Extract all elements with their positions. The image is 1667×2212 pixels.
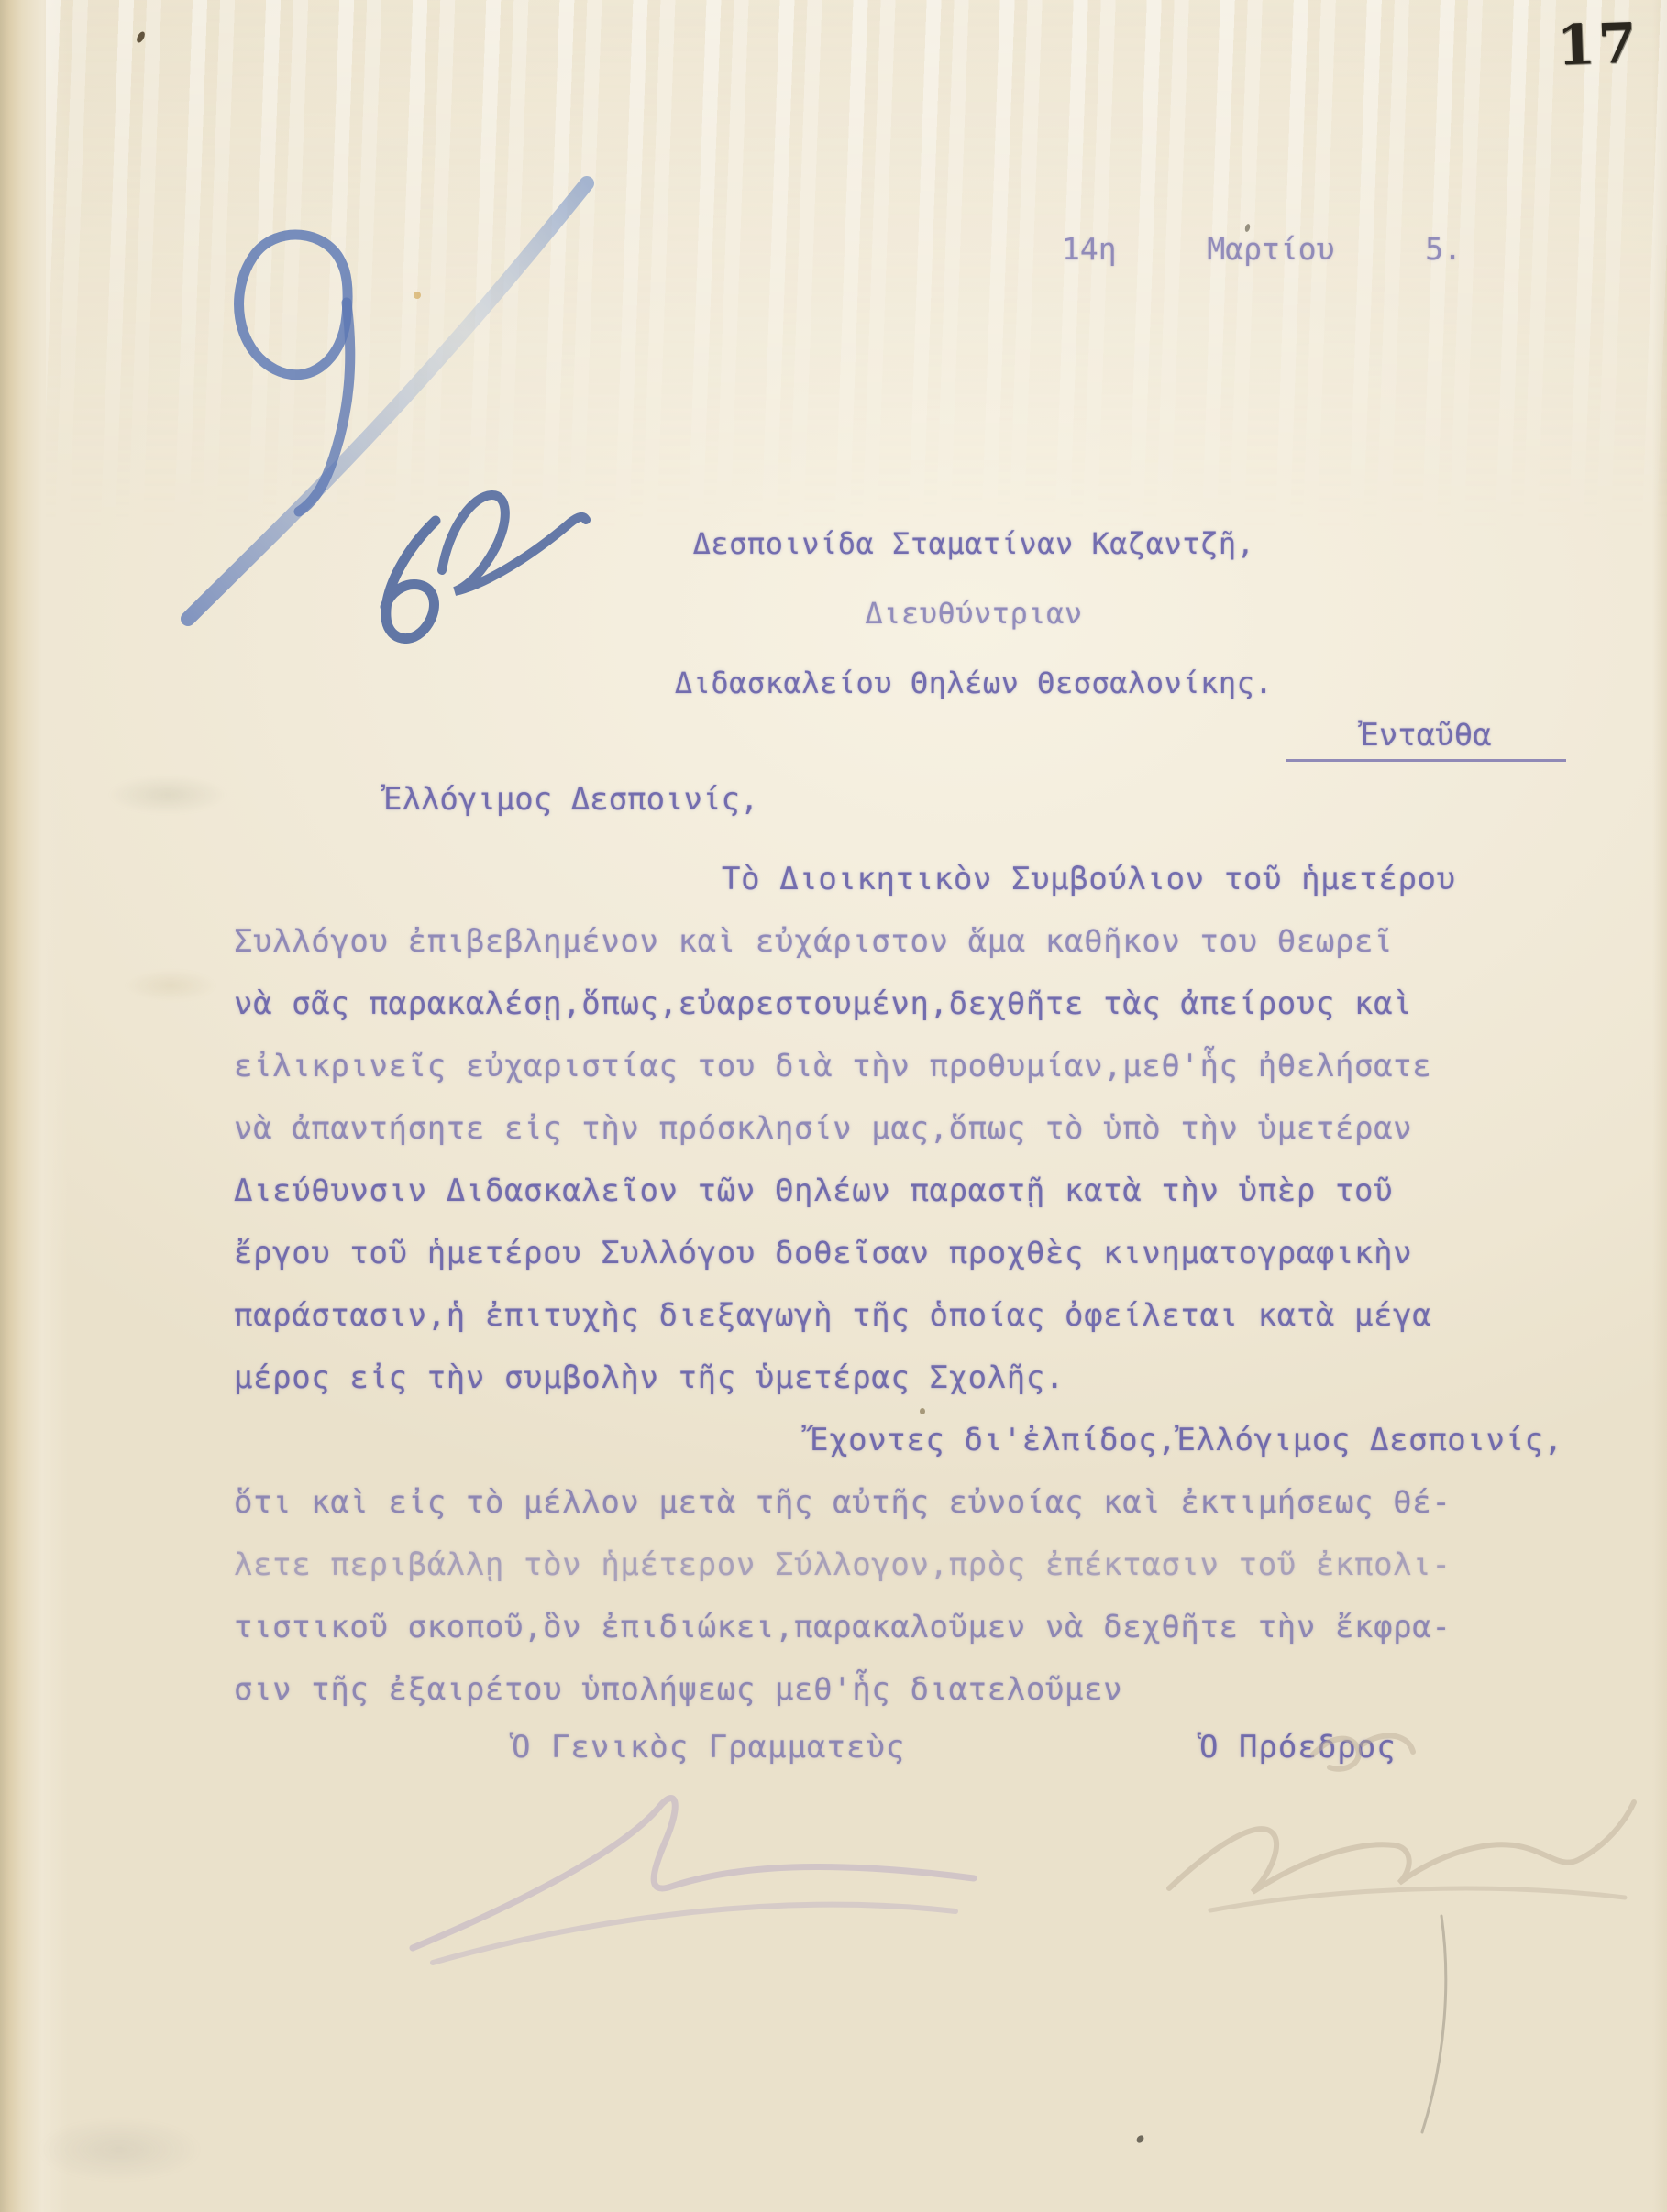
pencil-digit-2 (442, 495, 586, 591)
handwritten-ref-9-62 (119, 119, 633, 651)
paper-smudge (37, 2118, 202, 2182)
pencil-digit-6-stroke (385, 521, 436, 639)
signature-stroke (1169, 1802, 1634, 1892)
pencil-digit-9-loop (239, 235, 348, 375)
body-line: νὰ σᾶς παρακαλέσῃ,ὅπως,εὐαρεστουμένη,δεχ… (234, 973, 1518, 1035)
signature-scrawl-left (385, 1765, 1009, 1975)
body-line: εἰλικρινεῖς εὐχαριστίας του διὰ τὴν προθ… (234, 1035, 1518, 1097)
date-day: 14η (1062, 231, 1117, 267)
signature-stroke (433, 1905, 955, 1963)
body-line: λετε περιβάλλῃ τὸν ἡμέτερον Σύλλογον,πρὸ… (234, 1534, 1518, 1596)
place-line: Ἐνταῦθα (1286, 717, 1566, 762)
paper-smudge (125, 970, 216, 1001)
page-number-stamp: 17 (1556, 11, 1640, 78)
body-line: παράστασιν,ἡ ἐπιτυχὴς διεξαγωγὴ τῆς ὁποί… (234, 1284, 1518, 1347)
recipient-institution: Διδασκαλείου Θηλέων Θεσσαλονίκης. (642, 666, 1306, 700)
signature-stroke (1313, 1735, 1413, 1768)
body-line: Διεύθυνσιν Διδασκαλεῖον τῶν Θηλέων παρασ… (234, 1160, 1518, 1222)
scanned-letter-page: 17 14η Μαρτίου 5. Δεσποινίδα Σταματίναν … (0, 0, 1667, 2212)
body-line: ἔργου τοῦ ἡμετέρου Συλλόγου δοθεῖσαν προ… (234, 1222, 1518, 1284)
body-line: νὰ ἀπαντήσητε εἰς τὴν πρόσκλησίν μας,ὅπω… (234, 1097, 1518, 1160)
pencil-scratch (1422, 1916, 1446, 2132)
signature-stroke (413, 1799, 974, 1948)
recipient-name: Δεσποινίδα Σταματίναν Καζαντζῆ, (642, 526, 1306, 561)
body-line: Ἔχοντες δι'ἐλπίδος,Ἐλλόγιμος Δεσποινίς, (234, 1409, 1518, 1471)
body-line: ὅτι καὶ εἰς τὸ μέλλον μετὰ τῆς αὐτῆς εὐν… (234, 1471, 1518, 1534)
signature-stroke (1210, 1888, 1625, 1910)
recipient-title: Διευθύντριαν (642, 596, 1306, 631)
paper-smudge (108, 776, 227, 814)
date-line: 14η Μαρτίου 5. (1062, 231, 1462, 267)
body-line: Συλλόγου ἐπιβεβλημένον καὶ εὐχάριστον ἅμ… (234, 910, 1518, 973)
body-line: τιστικοῦ σκοποῦ,ὃν ἐπιδιώκει,παρακαλοῦμε… (234, 1596, 1518, 1658)
body-line: μέρος εἰς τὴν συμβολὴν τῆς ὑμετέρας Σχολ… (234, 1347, 1518, 1409)
date-month: Μαρτίου (1207, 231, 1334, 267)
salutation: Ἐλλόγιμος Δεσποινίς, (383, 781, 758, 818)
signature-title-general-secretary: Ὁ Γενικὸς Γραμματεὺς (512, 1729, 905, 1766)
letter-body: Τὸ Διοικητικὸν Συμβούλιον τοῦ ἡμετέρου Σ… (234, 848, 1518, 1721)
body-line: Τὸ Διοικητικὸν Συμβούλιον τοῦ ἡμετέρου (234, 848, 1518, 910)
date-year: 5. (1425, 231, 1462, 267)
signature-scrawl-right (1082, 1703, 1667, 2152)
